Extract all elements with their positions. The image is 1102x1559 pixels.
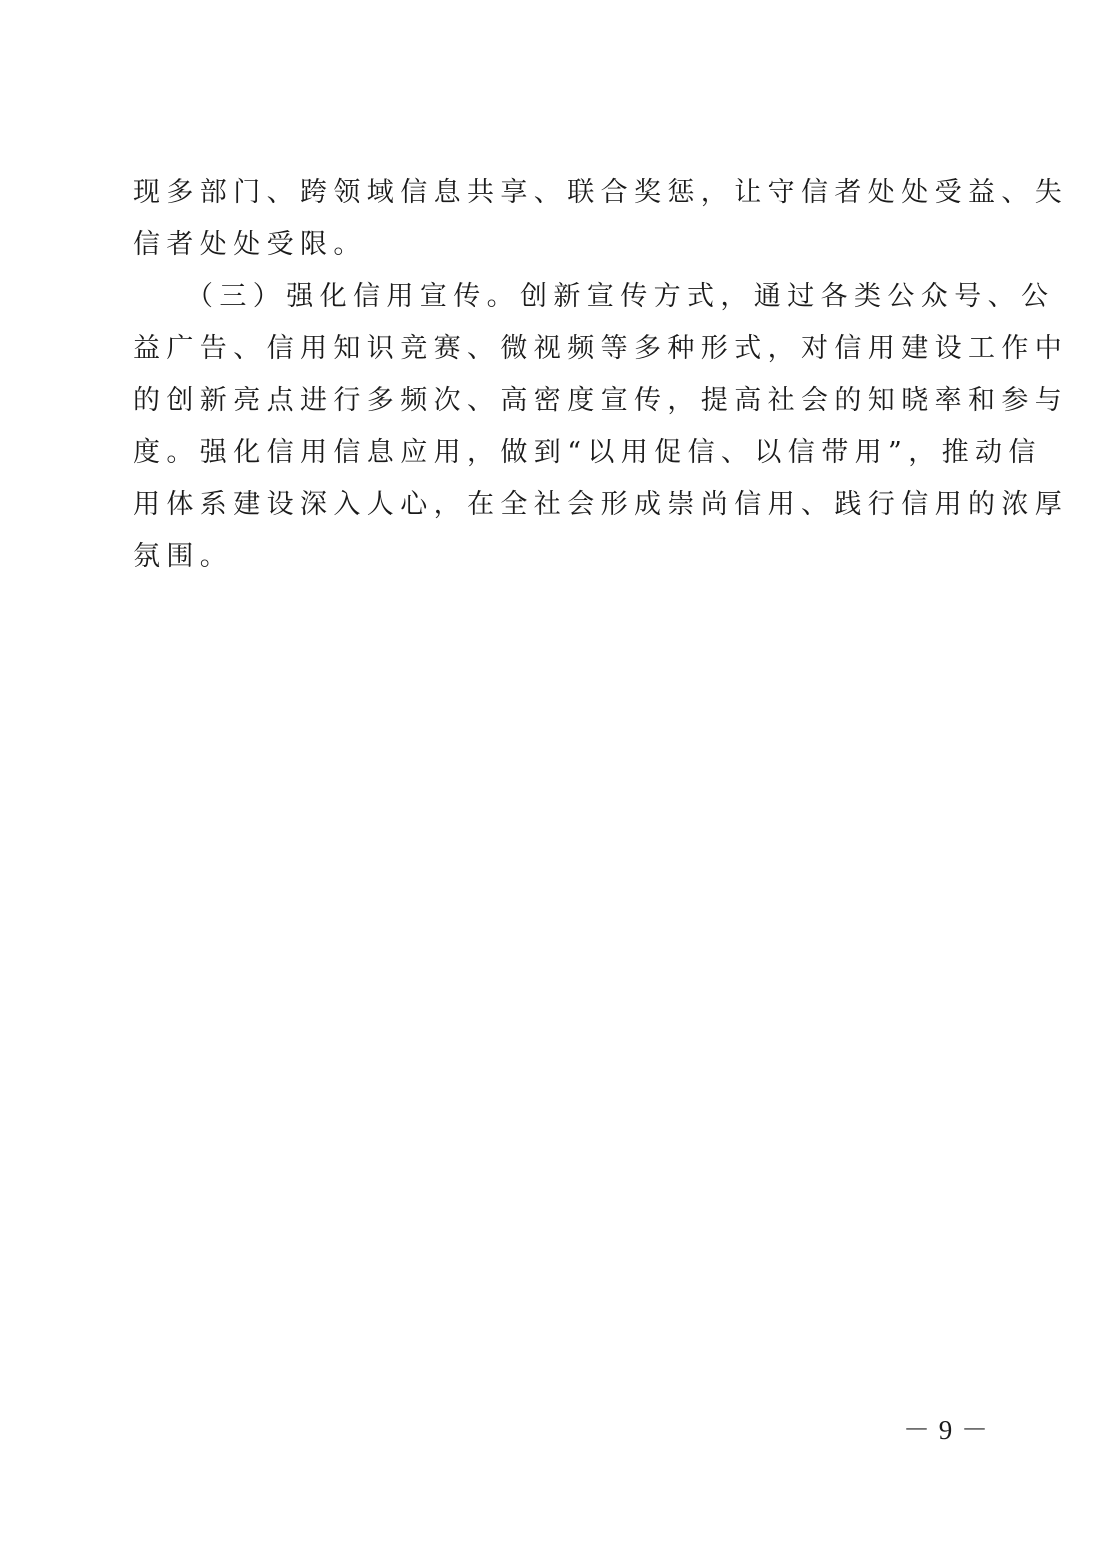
section-heading-line: （三）强化信用宣传。创新宣传方式，通过各类公众号、公 — [133, 271, 969, 323]
page-number: － 9 － — [903, 1408, 973, 1447]
paragraph-section-3: （三）强化信用宣传。创新宣传方式，通过各类公众号、公 益广告、信用知识竞赛、微视… — [133, 271, 969, 583]
body-text: 现多部门、跨领域信息共享、联合奖惩，让守信者处处受益、失 信者处处受限。 （三）… — [133, 167, 969, 583]
text-line: 氛围。 — [133, 531, 969, 583]
text-line: 益广告、信用知识竞赛、微视频等多种形式，对信用建设工作中 — [133, 323, 969, 375]
document-page: 现多部门、跨领域信息共享、联合奖惩，让守信者处处受益、失 信者处处受限。 （三）… — [0, 0, 1102, 1559]
text-line: 度。强化信用信息应用，做到“以用促信、以信带用”，推动信 — [133, 427, 969, 479]
text-line: 的创新亮点进行多频次、高密度宣传，提高社会的知晓率和参与 — [133, 375, 969, 427]
text-line: 信者处处受限。 — [133, 219, 969, 271]
text-line: 现多部门、跨领域信息共享、联合奖惩，让守信者处处受益、失 — [133, 167, 969, 219]
text-line: 用体系建设深入人心，在全社会形成崇尚信用、践行信用的浓厚 — [133, 479, 969, 531]
paragraph-continuation: 现多部门、跨领域信息共享、联合奖惩，让守信者处处受益、失 信者处处受限。 — [133, 167, 969, 271]
